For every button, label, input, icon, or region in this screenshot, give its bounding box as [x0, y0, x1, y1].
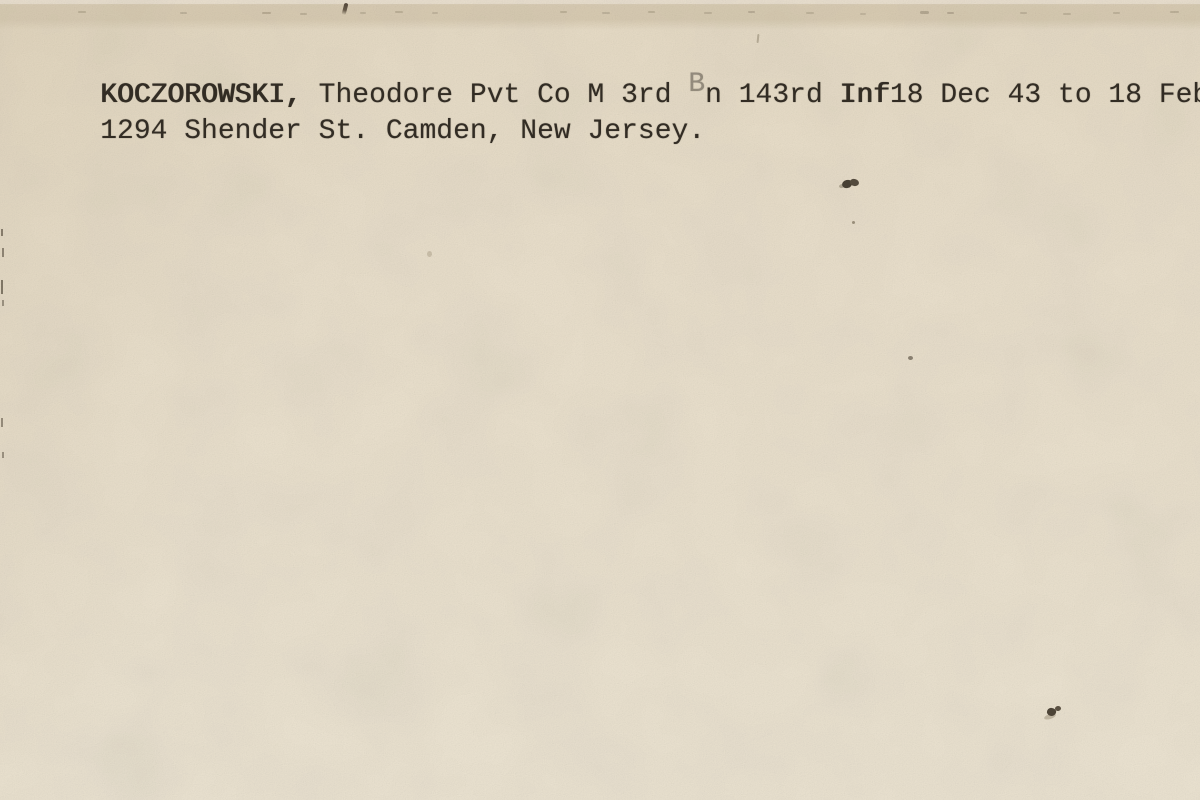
edge-mark: [1, 418, 3, 427]
gray-speck: [908, 356, 913, 360]
address-text: 1294 Shender St. Camden, New Jersey.: [100, 116, 705, 147]
ink-dot: [852, 221, 855, 224]
ink-blot: [1044, 712, 1057, 720]
card-line-2: 1294 Shender St. Camden, New Jersey.: [33, 79, 705, 184]
ink-blot: [839, 183, 846, 188]
service-dates-text: 18 Dec 43 to 18 Feb 44: [890, 80, 1200, 111]
edge-mark: [2, 300, 4, 306]
edge-mark: [1, 229, 3, 236]
edge-mark: [2, 452, 4, 458]
faint-speck: [427, 251, 432, 257]
index-card-scan: KOCZOROWSKI, Theodore Pvt Co M 3rd Bn 14…: [0, 0, 1200, 800]
card-top-edge-highlight: [0, 0, 1200, 4]
card-top-edge-shadow: [0, 0, 1200, 30]
ink-blot: [1055, 706, 1062, 712]
ink-blot: [841, 179, 852, 189]
edge-mark: [1, 280, 3, 294]
edge-mark: [2, 248, 4, 257]
ink-blot: [1046, 707, 1057, 718]
ink-blot: [849, 178, 859, 186]
infantry-abbrev-text: Inf: [840, 80, 890, 111]
faint-tick: [757, 34, 760, 43]
battalion-regiment-text: n 143rd: [705, 80, 839, 111]
